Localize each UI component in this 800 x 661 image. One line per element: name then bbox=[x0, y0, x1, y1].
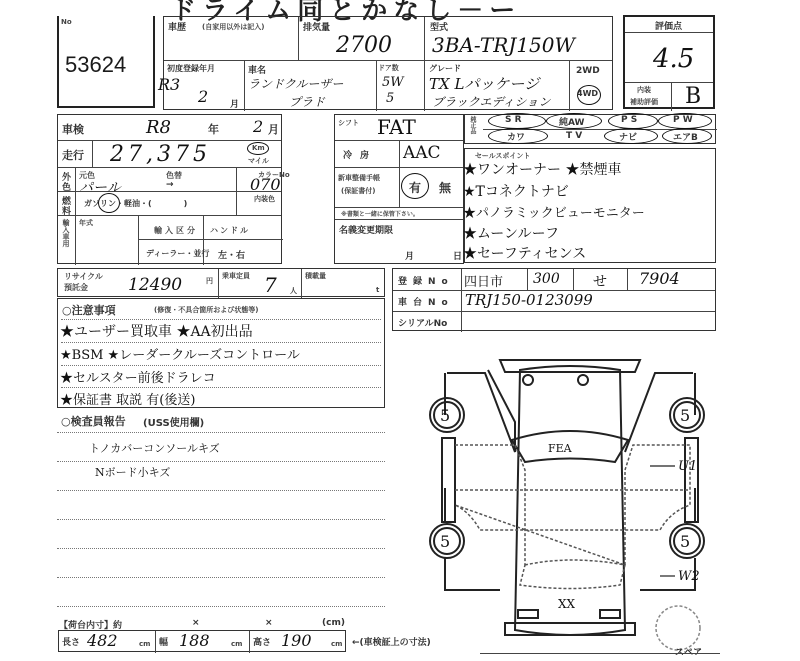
cargo-x2: × bbox=[265, 618, 273, 628]
chassis-label: 車台No bbox=[398, 295, 454, 308]
inspector-sub-label: (USS使用欄) bbox=[143, 414, 204, 429]
drive-4wd: 4WD bbox=[577, 89, 598, 98]
tire-mark-rl: 5 bbox=[440, 532, 450, 551]
width-unit: cm bbox=[231, 640, 242, 648]
load-unit: t bbox=[376, 286, 379, 294]
recycle-label-1: リサイクル bbox=[64, 271, 103, 282]
score-box: 評価点 4.5 内装 補助評価 B bbox=[623, 15, 715, 109]
shaken-month-unit: 月 bbox=[268, 121, 279, 137]
aircon-label: 冷房 bbox=[343, 148, 377, 161]
notes-block: ○注意事項 (修復・不具合箇所および状態等) ★ユーザー買取車 ★AA初出品 ★… bbox=[57, 298, 385, 408]
equip-aw: 純AW bbox=[546, 113, 602, 129]
note-1: ★ユーザー買取車 ★AA初出品 bbox=[60, 321, 253, 341]
color-change-value: → bbox=[166, 180, 174, 190]
reg-label: 登録No bbox=[398, 274, 454, 287]
first-reg-month: 2 bbox=[198, 87, 208, 106]
mileage-label: 走行 bbox=[62, 147, 84, 163]
inspector-note-2: Nボード小キズ bbox=[95, 464, 170, 480]
dimensions-arrow-note: ←(車検証上の寸法) bbox=[352, 635, 431, 648]
first-reg-year: R3 bbox=[158, 75, 180, 94]
grade-line1: TX Lパッケージ bbox=[429, 73, 539, 94]
import-class-label: 輸入区分 bbox=[154, 225, 198, 236]
shift-label: シフト bbox=[338, 118, 359, 128]
mileage-value: 27,375 bbox=[110, 142, 211, 167]
color-no-value: 070 bbox=[250, 175, 281, 194]
sales-point-2: ★Tコネクトナビ bbox=[463, 181, 569, 201]
vehicle-info-block: 車歴 (自家用以外は記入) 排気量 2700 型式 3BA-TRJ150W 初度… bbox=[163, 16, 613, 110]
tire-mark-fr: 5 bbox=[680, 406, 690, 425]
height-value: 190 bbox=[281, 631, 312, 650]
length-value: 482 bbox=[87, 631, 118, 650]
doors-label: ドア数 bbox=[378, 63, 399, 73]
lot-label: No bbox=[61, 18, 72, 26]
fuel-label-2: 料 bbox=[62, 204, 71, 217]
side-mark-w2: W2 bbox=[678, 569, 700, 584]
equip-kawa: カワ bbox=[488, 128, 548, 144]
shaken-month: 2 bbox=[253, 117, 263, 136]
import-label: 輸入車用 bbox=[61, 219, 71, 247]
interior-label-2: 補助評価 bbox=[630, 97, 658, 107]
history-label: 車歴 bbox=[168, 20, 186, 33]
interior-value: B bbox=[685, 84, 701, 109]
name-change-day: 日 bbox=[453, 249, 462, 262]
name-change-label: 名義変更期限 bbox=[339, 223, 393, 236]
capacity-unit: 人 bbox=[290, 286, 297, 296]
capacity-label: 乗車定員 bbox=[222, 271, 250, 281]
displacement-value: 2700 bbox=[336, 33, 392, 58]
notes-sub-label: (修復・不具合箇所および状態等) bbox=[154, 305, 258, 315]
sales-point-1: ★ワンオーナー ★禁煙車 bbox=[463, 159, 621, 179]
car-name-line1: ランドクルーザー bbox=[248, 75, 343, 92]
width-label: 幅 bbox=[159, 635, 168, 648]
ext-color-label-2: 色 bbox=[62, 180, 71, 193]
history-note: (自家用以外は記入) bbox=[202, 22, 264, 32]
name-change-month: 月 bbox=[405, 249, 414, 262]
tire-mark-rr: 5 bbox=[680, 532, 690, 551]
car-name-line2: プラド bbox=[289, 93, 325, 110]
dimensions-block: 長さ 482 cm 幅 188 cm 高さ 190 cm bbox=[58, 630, 346, 652]
displacement-label: 排気量 bbox=[303, 20, 330, 33]
equip-ps: P S bbox=[608, 113, 658, 129]
reg-number: 7904 bbox=[639, 269, 680, 288]
drive-2wd: 2WD bbox=[576, 66, 600, 76]
equip-navi: ナビ bbox=[604, 128, 658, 144]
front-mark: XX bbox=[558, 597, 576, 611]
manual-label-2: (保証書付) bbox=[341, 186, 375, 196]
lot-number-box: No 53624 bbox=[57, 16, 155, 108]
grade-line2: ブラックエディション bbox=[432, 93, 550, 110]
equip-pw: P W bbox=[658, 113, 712, 129]
doors-line2: 5 bbox=[386, 91, 394, 106]
equip-tv: T V bbox=[566, 131, 582, 141]
manual-label-1: 新車整備手帳 bbox=[338, 173, 380, 183]
note-2: ★BSM ★レーダークルーズコントロール bbox=[60, 344, 300, 363]
capacity-value: 7 bbox=[264, 273, 277, 297]
recycle-block: リサイクル 預託金 12490 円 乗車定員 7 人 積載量 t bbox=[57, 268, 385, 297]
model-code-value: 3BA-TRJ150W bbox=[432, 33, 575, 57]
inspection-block: 車検 R8 年 2 月 走行 27,375 Km マイル 外 色 元色 パール … bbox=[57, 114, 282, 264]
roof-mark: FEA bbox=[548, 442, 573, 455]
load-label: 積載量 bbox=[305, 271, 326, 281]
notes-label: ○注意事項 bbox=[62, 302, 116, 318]
shaken-year-unit: 年 bbox=[208, 121, 219, 137]
cargo-unit: (cm) bbox=[322, 618, 345, 628]
handle-label: ハンドル bbox=[210, 225, 250, 236]
sales-point-5: ★セーフティセンス bbox=[463, 243, 586, 263]
equipment-label: 純正品 bbox=[468, 116, 477, 134]
manual-no: 無 bbox=[439, 179, 451, 196]
serial-label: シリアルNo bbox=[398, 316, 447, 329]
length-unit: cm bbox=[139, 640, 150, 648]
inspector-label: ○検査員報告 bbox=[61, 413, 126, 429]
reg-class: 300 bbox=[533, 271, 560, 287]
import-class-options: ディーラー・並行 bbox=[146, 248, 209, 259]
recycle-label-2: 預託金 bbox=[64, 282, 88, 293]
fuel-options: ガソリン・軽油・( ) bbox=[84, 198, 187, 209]
inspector-note-1: トノカバーコンソールキズ bbox=[89, 440, 220, 456]
inspector-block: ○検査員報告 (USS使用欄) トノカバーコンソールキズ Nボード小キズ bbox=[57, 410, 385, 610]
unit-km: Km bbox=[252, 144, 265, 152]
length-label: 長さ bbox=[62, 635, 80, 648]
chassis-value: TRJ150-0123099 bbox=[465, 291, 593, 309]
manual-yes: 有 bbox=[409, 179, 421, 196]
sales-points-block: セールスポイント ★ワンオーナー ★禁煙車 ★Tコネクトナビ ★パノラミックビュ… bbox=[464, 148, 716, 263]
shift-aircon-block: シフト FAT 冷房 AAC 新車整備手帳 (保証書付) 有 無 ※書類と一緒に… bbox=[334, 114, 464, 264]
recycle-yen: 円 bbox=[206, 276, 213, 286]
shift-value: FAT bbox=[377, 115, 416, 139]
recycle-amount: 12490 bbox=[128, 275, 182, 295]
handle-options: 左・右 bbox=[218, 248, 245, 261]
tire-mark-fl: 5 bbox=[440, 406, 450, 425]
height-unit: cm bbox=[331, 640, 342, 648]
unit-mile: マイル bbox=[248, 156, 269, 166]
registration-block: 登録No 四日市 300 せ 7904 車台No TRJ150-0123099 … bbox=[392, 268, 716, 331]
shaken-label: 車検 bbox=[62, 121, 84, 137]
first-reg-month-unit: 月 bbox=[230, 97, 239, 110]
side-mark-u1: U1 bbox=[678, 459, 697, 474]
width-value: 188 bbox=[179, 631, 210, 650]
manual-note: ※書類と一緒に保管下さい。 bbox=[341, 209, 419, 218]
car-diagram: 5 5 5 5 FEA U1 W2 XX スペア bbox=[420, 340, 720, 655]
sales-point-3: ★パノラミックビューモニター bbox=[463, 202, 645, 221]
model-code-label: 型式 bbox=[430, 20, 448, 33]
score-label: 評価点 bbox=[655, 19, 682, 32]
aircon-value: AAC bbox=[403, 143, 441, 163]
int-color-label: 内装色 bbox=[254, 194, 275, 204]
cargo-x1: × bbox=[192, 618, 200, 628]
bottom-rule bbox=[480, 653, 720, 654]
sales-point-4: ★ムーンルーフ bbox=[463, 223, 559, 243]
lot-number: 53624 bbox=[65, 52, 126, 78]
first-reg-label: 初度登録年月 bbox=[167, 63, 215, 74]
shaken-year: R8 bbox=[146, 117, 171, 138]
reg-area: 四日市 bbox=[464, 271, 503, 290]
equip-sr: S R bbox=[488, 113, 546, 129]
import-year-label: 年式 bbox=[79, 218, 93, 228]
score-value: 4.5 bbox=[653, 44, 694, 74]
doors-line1: 5W bbox=[382, 75, 404, 90]
reg-kana: せ bbox=[593, 271, 607, 291]
note-4: ★保証書 取説 有(後送) bbox=[60, 389, 195, 408]
equip-airbag: エアB bbox=[662, 128, 712, 144]
interior-label-1: 内装 bbox=[637, 85, 651, 95]
note-3: ★セルスター前後ドラレコ bbox=[60, 367, 216, 386]
height-label: 高さ bbox=[253, 635, 271, 648]
